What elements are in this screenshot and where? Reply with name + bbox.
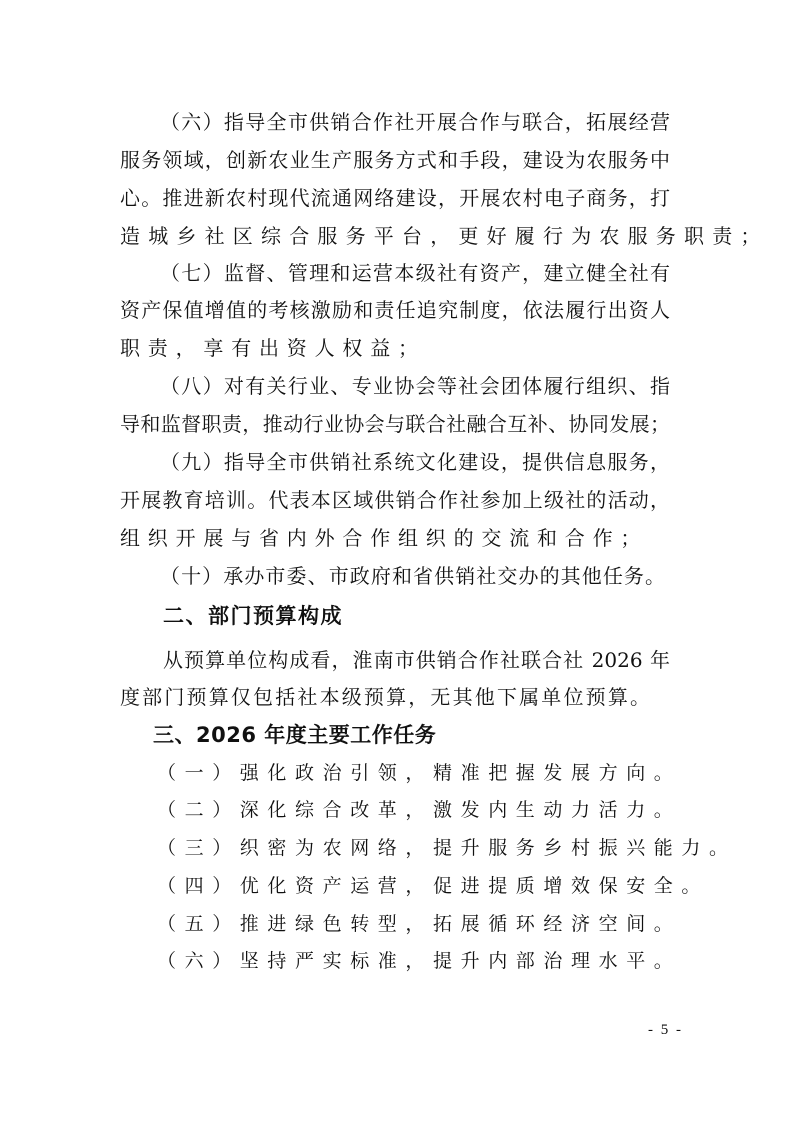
text: （六）指导全市供销合作社开展合作与联合，拓展经营	[160, 109, 670, 135]
paragraph-line: 心。推进新农村现代流通网络建设，开展农村电子商务，打	[120, 185, 670, 211]
text: 心。推进新农村现代流通网络建设，开展农村电子商务，打	[120, 185, 670, 211]
paragraph-line: 造城乡社区综合服务平台，更好履行为农服务职责；	[120, 223, 769, 249]
section-heading-main-tasks: 三、2026 年度主要工作任务	[153, 722, 436, 748]
task-item: （三）织密为农网络，提升服务乡村振兴能力。	[157, 835, 737, 861]
paragraph-line: 导和监督职责，推动行业协会与联合社融合互补、协同发展；	[120, 411, 670, 437]
section-heading-budget-structure: 二、部门预算构成	[163, 603, 343, 629]
text: 度部门预算仅包括社本级预算，无其他下属单位预算。	[120, 684, 650, 710]
paragraph-line: （九）指导全市供销社系统文化建设，提供信息服务，	[160, 449, 670, 475]
paragraph-line: （十）承办市委、市政府和省供销社交办的其他任务。	[160, 563, 665, 589]
paragraph-line: （七）监督、管理和运营本级社有资产，建立健全社有	[160, 260, 670, 286]
paragraph-line: 从预算单位构成看，淮南市供销合作社联合社 2026 年	[163, 647, 670, 673]
page-number: - 5 -	[648, 1022, 683, 1039]
text: 从预算单位构成看，淮南市供销合作社联合社 2026 年	[163, 647, 670, 673]
paragraph-line: 职责，享有出资人权益；	[120, 335, 426, 361]
paragraph-line: 度部门预算仅包括社本级预算，无其他下属单位预算。	[120, 684, 650, 710]
text: 服务领域，创新农业生产服务方式和手段，建设为农服务中	[120, 147, 670, 173]
paragraph-line: （八）对有关行业、专业协会等社会团体履行组织、指	[160, 373, 670, 399]
task-item: （五）推进绿色转型，拓展循环经济空间。	[157, 911, 681, 937]
task-item: （二）深化综合改革，激发内生动力活力。	[157, 797, 681, 823]
text: 资产保值增值的考核激励和责任追究制度，依法履行出资人	[120, 297, 670, 323]
text: （十）承办市委、市政府和省供销社交办的其他任务。	[160, 563, 665, 589]
text: （八）对有关行业、专业协会等社会团体履行组织、指	[160, 373, 670, 399]
document-page: （六）指导全市供销合作社开展合作与联合，拓展经营 服务领域，创新农业生产服务方式…	[0, 0, 793, 1122]
paragraph-line: 服务领域，创新农业生产服务方式和手段，建设为农服务中	[120, 147, 670, 173]
task-item: （六）坚持严实标准，提升内部治理水平。	[157, 948, 681, 974]
text: 开展教育培训。代表本区域供销合作社参加上级社的活动，	[120, 487, 670, 513]
task-item: （四）优化资产运营，促进提质增效保安全。	[157, 873, 709, 899]
paragraph-line: 开展教育培训。代表本区域供销合作社参加上级社的活动，	[120, 487, 670, 513]
text: （九）指导全市供销社系统文化建设，提供信息服务，	[160, 449, 670, 475]
text: （七）监督、管理和运营本级社有资产，建立健全社有	[160, 260, 670, 286]
paragraph-line: （六）指导全市供销合作社开展合作与联合，拓展经营	[160, 109, 670, 135]
paragraph-line: 组织开展与省内外合作组织的交流和合作；	[120, 525, 648, 551]
paragraph-line: 资产保值增值的考核激励和责任追究制度，依法履行出资人	[120, 297, 670, 323]
task-item: （一）强化政治引领，精准把握发展方向。	[157, 760, 681, 786]
text: 导和监督职责，推动行业协会与联合社融合互补、协同发展；	[120, 411, 670, 437]
